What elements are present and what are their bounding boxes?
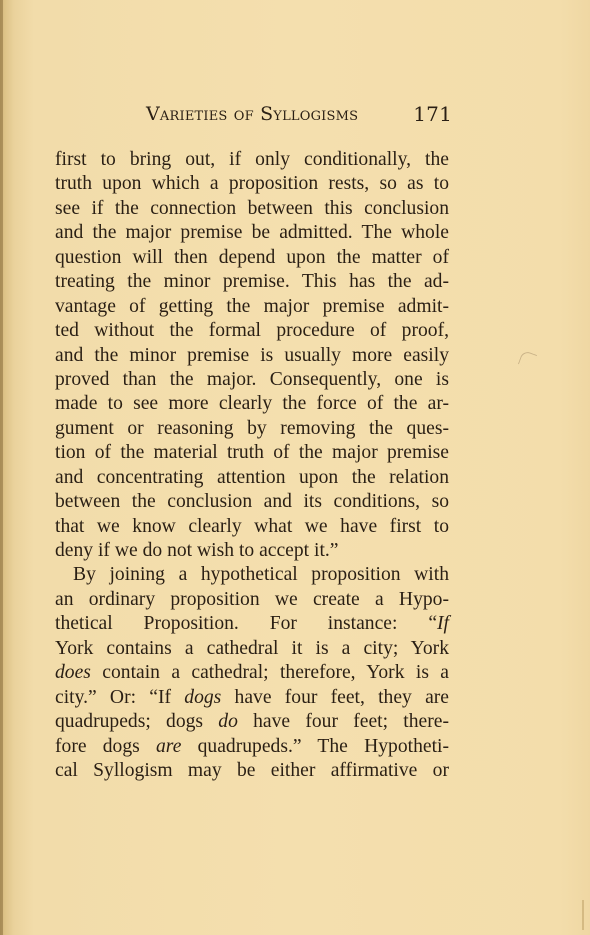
text-line: made to see more clearly the force of th… xyxy=(55,392,449,416)
text-line: see if the connection between this concl… xyxy=(55,197,449,221)
text-line: proved than the major. Consequently, one… xyxy=(55,368,449,392)
text-line: question will then depend upon the matte… xyxy=(55,246,449,270)
text-segment: thetical Proposition. For instance: “ xyxy=(55,613,437,634)
text-line: does contain a cathedral; therefore, Yor… xyxy=(55,661,449,685)
text-segment: proved than the major. Consequently, one… xyxy=(55,369,449,390)
text-segment: see if the connection between this concl… xyxy=(55,198,449,219)
text-line: truth upon which a proposition rests, so… xyxy=(55,172,449,196)
text-segment: ted without the formal procedure of proo… xyxy=(55,320,449,341)
text-segment: vantage of getting the major premise adm… xyxy=(55,296,449,317)
text-segment: between the conclusion and its condition… xyxy=(55,491,449,512)
text-segment: contain a cathedral; therefore, York is … xyxy=(91,662,449,683)
text-segment: quadrupeds.” The Hypotheti- xyxy=(181,736,449,757)
text-segment: have four feet, they are xyxy=(221,687,449,708)
text-segment: and the major premise be admitted. The w… xyxy=(55,222,449,243)
italic-text: dogs xyxy=(184,687,221,708)
text-line: and concentrating attention upon the rel… xyxy=(55,466,449,490)
italic-text: are xyxy=(156,736,181,757)
text-line: fore dogs are quadrupeds.” The Hypotheti… xyxy=(55,735,449,759)
pencil-mark xyxy=(518,350,537,369)
text-line: quadrupeds; dogs do have four feet; ther… xyxy=(55,710,449,734)
text-line: treating the minor premise. This has the… xyxy=(55,270,449,294)
text-segment: made to see more clearly the force of th… xyxy=(55,393,449,414)
text-segment: deny if we do not wish to accept it.” xyxy=(55,540,339,561)
page-number: 171 xyxy=(413,102,452,126)
text-line: tion of the material truth of the major … xyxy=(55,441,449,465)
page-edge-mark xyxy=(582,900,584,930)
text-line: By joining a hypothetical proposition wi… xyxy=(55,563,449,587)
text-segment: have four feet; there- xyxy=(238,711,449,732)
text-segment: cal Syllogism may be either affirmative … xyxy=(55,760,449,781)
text-line: that we know clearly what we have first … xyxy=(55,515,449,539)
italic-text: does xyxy=(55,662,91,683)
text-segment: By joining a hypothetical proposition wi… xyxy=(73,564,449,585)
text-line: ted without the formal procedure of proo… xyxy=(55,319,449,343)
text-line: between the conclusion and its condition… xyxy=(55,490,449,514)
text-segment: tion of the material truth of the major … xyxy=(55,442,449,463)
text-line: first to bring out, if only conditionall… xyxy=(55,148,449,172)
text-segment: treating the minor premise. This has the… xyxy=(55,271,449,292)
text-segment: question will then depend upon the matte… xyxy=(55,247,449,268)
text-segment: and the minor premise is usually more ea… xyxy=(55,345,449,366)
running-head-title: Varieties of Syllogisms xyxy=(146,103,358,125)
text-line: York contains a cathedral it is a city; … xyxy=(55,637,449,661)
binding-edge xyxy=(0,0,3,935)
text-line: and the minor premise is usually more ea… xyxy=(55,344,449,368)
text-line: and the major premise be admitted. The w… xyxy=(55,221,449,245)
text-segment: first to bring out, if only conditionall… xyxy=(55,149,449,170)
text-segment: an ordinary proposition we create a Hypo… xyxy=(55,589,449,610)
text-line: deny if we do not wish to accept it.” xyxy=(55,539,449,563)
text-line: city.” Or: “If dogs have four feet, they… xyxy=(55,686,449,710)
text-segment: gument or reasoning by removing the ques… xyxy=(55,418,449,439)
text-line: cal Syllogism may be either affirmative … xyxy=(55,759,449,783)
text-segment: fore dogs xyxy=(55,736,156,757)
text-segment: quadrupeds; dogs xyxy=(55,711,218,732)
text-segment: and concentrating attention upon the rel… xyxy=(55,467,449,488)
text-segment: truth upon which a proposition rests, so… xyxy=(55,173,449,194)
running-head: Varieties of Syllogisms 171 xyxy=(146,100,456,130)
text-line: an ordinary proposition we create a Hypo… xyxy=(55,588,449,612)
italic-text: If xyxy=(437,613,449,634)
text-line: vantage of getting the major premise adm… xyxy=(55,295,449,319)
book-page: Varieties of Syllogisms 171 first to bri… xyxy=(0,0,590,935)
body-text: first to bring out, if only conditionall… xyxy=(55,148,449,783)
text-segment: York contains a cathedral it is a city; … xyxy=(55,638,449,659)
text-segment: that we know clearly what we have first … xyxy=(55,516,449,537)
text-line: thetical Proposition. For instance: “If xyxy=(55,612,449,636)
text-segment: city.” Or: “If xyxy=(55,687,184,708)
text-line: gument or reasoning by removing the ques… xyxy=(55,417,449,441)
italic-text: do xyxy=(218,711,238,732)
